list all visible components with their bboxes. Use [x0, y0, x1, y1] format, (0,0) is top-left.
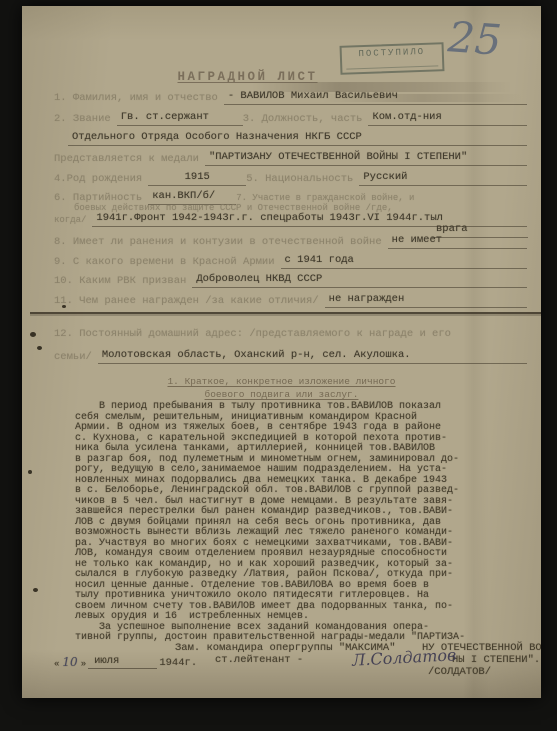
- field-nationality-label: 5. Национальность: [246, 173, 353, 186]
- date-quote-open: «: [54, 659, 59, 669]
- field-birthyear-value: 1915: [148, 171, 246, 186]
- field-presented-medal-row: Представляется к медали "ПАРТИЗАНУ ОТЕЧЕ…: [54, 151, 527, 166]
- punch-hole: [37, 346, 42, 350]
- document-title: НАГРАДНОЙ ЛИСТ: [22, 70, 473, 84]
- field-rank-position-row: 2. Звание Гв. ст.сержант 3. Должность, ч…: [54, 111, 527, 126]
- award-sheet-page: ПОСТУПИЛО 25 НАГРАДНОЙ ЛИСТ 1. Фамилия, …: [22, 6, 541, 698]
- field-wounds-row: 8. Имеет ли ранения и контузии в отечест…: [54, 234, 527, 249]
- punch-hole: [30, 332, 36, 337]
- field-home-address-label-1: 12. Постоянный домашний адрес: /представ…: [54, 328, 451, 341]
- citation-section-heading: 1. Краткое, конкретное изложение личного…: [22, 376, 541, 401]
- field-birth-nationality-row: 4.Род рождения 1915 5. Национальность Ру…: [54, 171, 527, 186]
- field-name-value: - ВАВИЛОВ Михаил Васильевич: [224, 90, 527, 105]
- field-home-address-row-1: 12. Постоянный домашний адрес: /представ…: [54, 328, 527, 341]
- field-previous-awards-value: не награжден: [325, 293, 527, 308]
- date-year: 1944г.: [159, 657, 197, 669]
- field-drafted-by-row: 10. Каким РВК призван Доброволец НКВД СС…: [54, 273, 527, 288]
- field-previous-awards-label: 11. Чем ранее награжден /за какие отличи…: [54, 295, 319, 308]
- scan-background: ПОСТУПИЛО 25 НАГРАДНОЙ ЛИСТ 1. Фамилия, …: [0, 0, 557, 731]
- closing-medal-continuation-2: НЫ I СТЕПЕНИ".: [452, 654, 540, 666]
- field-rank-label: 2. Звание: [54, 113, 111, 126]
- citation-body-text: В период пребывания в тылу противника то…: [75, 402, 533, 644]
- field-army-since-label: 9. С какого времени в Красной Армии: [54, 256, 275, 269]
- field-wounds-label: 8. Имеет ли ранения и контузии в отечест…: [54, 236, 382, 249]
- received-stamp-label: ПОСТУПИЛО: [358, 47, 425, 59]
- field-rank-value: Гв. ст.сержант: [117, 111, 243, 126]
- field-previous-awards-row: 11. Чем ранее награжден /за какие отличи…: [54, 293, 527, 308]
- paper-speck: [33, 588, 38, 592]
- field-presented-value: "ПАРТИЗАНУ ОТЕЧЕСТВЕННОЙ ВОЙНЫ I СТЕПЕНИ…: [205, 151, 527, 166]
- field-name-row: 1. Фамилия, имя и отчество - ВАВИЛОВ Мих…: [54, 90, 527, 105]
- field-drafted-by-value: Доброволец НКВД СССР: [192, 273, 527, 288]
- date-day-handwritten: 10: [62, 655, 77, 669]
- field-army-since-value: с 1941 года: [281, 254, 527, 269]
- section-divider-line: [30, 312, 541, 314]
- stamp-rule: [346, 65, 438, 69]
- date-month: июля: [88, 655, 123, 669]
- field-name-label: 1. Фамилия, имя и отчество: [54, 92, 218, 105]
- date-quote-close: »: [81, 659, 86, 669]
- paper-speck: [28, 470, 32, 474]
- field-position-value-2: Отдельного Отряда Особого Назначения НКГ…: [68, 131, 527, 146]
- field-position-continuation-row: Отдельного Отряда Особого Назначения НКГ…: [68, 131, 527, 146]
- field-home-address-row-2: семьи/ Молотовская область, Оханский р-н…: [54, 349, 527, 364]
- paper-speck: [62, 305, 66, 308]
- date-rule: [123, 668, 157, 669]
- citation-heading-line-2: боевого подвига или заслуг.: [205, 389, 359, 400]
- field-birthyear-label: 4.Род рождения: [54, 173, 142, 186]
- field-home-address-label-2: семьи/: [54, 351, 92, 364]
- field-war-participation-label-3: когда/: [54, 214, 86, 227]
- field-home-address-value: Молотовская область, Оханский р-н, сел. …: [98, 349, 527, 364]
- closing-rank-line: ст.лейтенант -: [215, 654, 303, 666]
- citation-heading-line-1: 1. Краткое, конкретное изложение личного: [167, 376, 395, 387]
- field-position-label: 3. Должность, часть: [243, 113, 363, 126]
- typed-signature-name: /СОЛДАТОВ/: [428, 666, 491, 678]
- field-wounds-value: не имеет: [388, 234, 527, 249]
- field-nationality-value: Русский: [359, 171, 527, 186]
- field-position-value: Ком.отд-ния: [368, 111, 527, 126]
- date-line: « 10 » июля 1944г.: [52, 655, 197, 669]
- field-army-since-row: 9. С какого времени в Красной Армии с 19…: [54, 254, 527, 269]
- field-presented-label: Представляется к медали: [54, 153, 199, 166]
- handwritten-page-number: 25: [447, 16, 503, 62]
- field-drafted-by-label: 10. Каким РВК призван: [54, 275, 186, 288]
